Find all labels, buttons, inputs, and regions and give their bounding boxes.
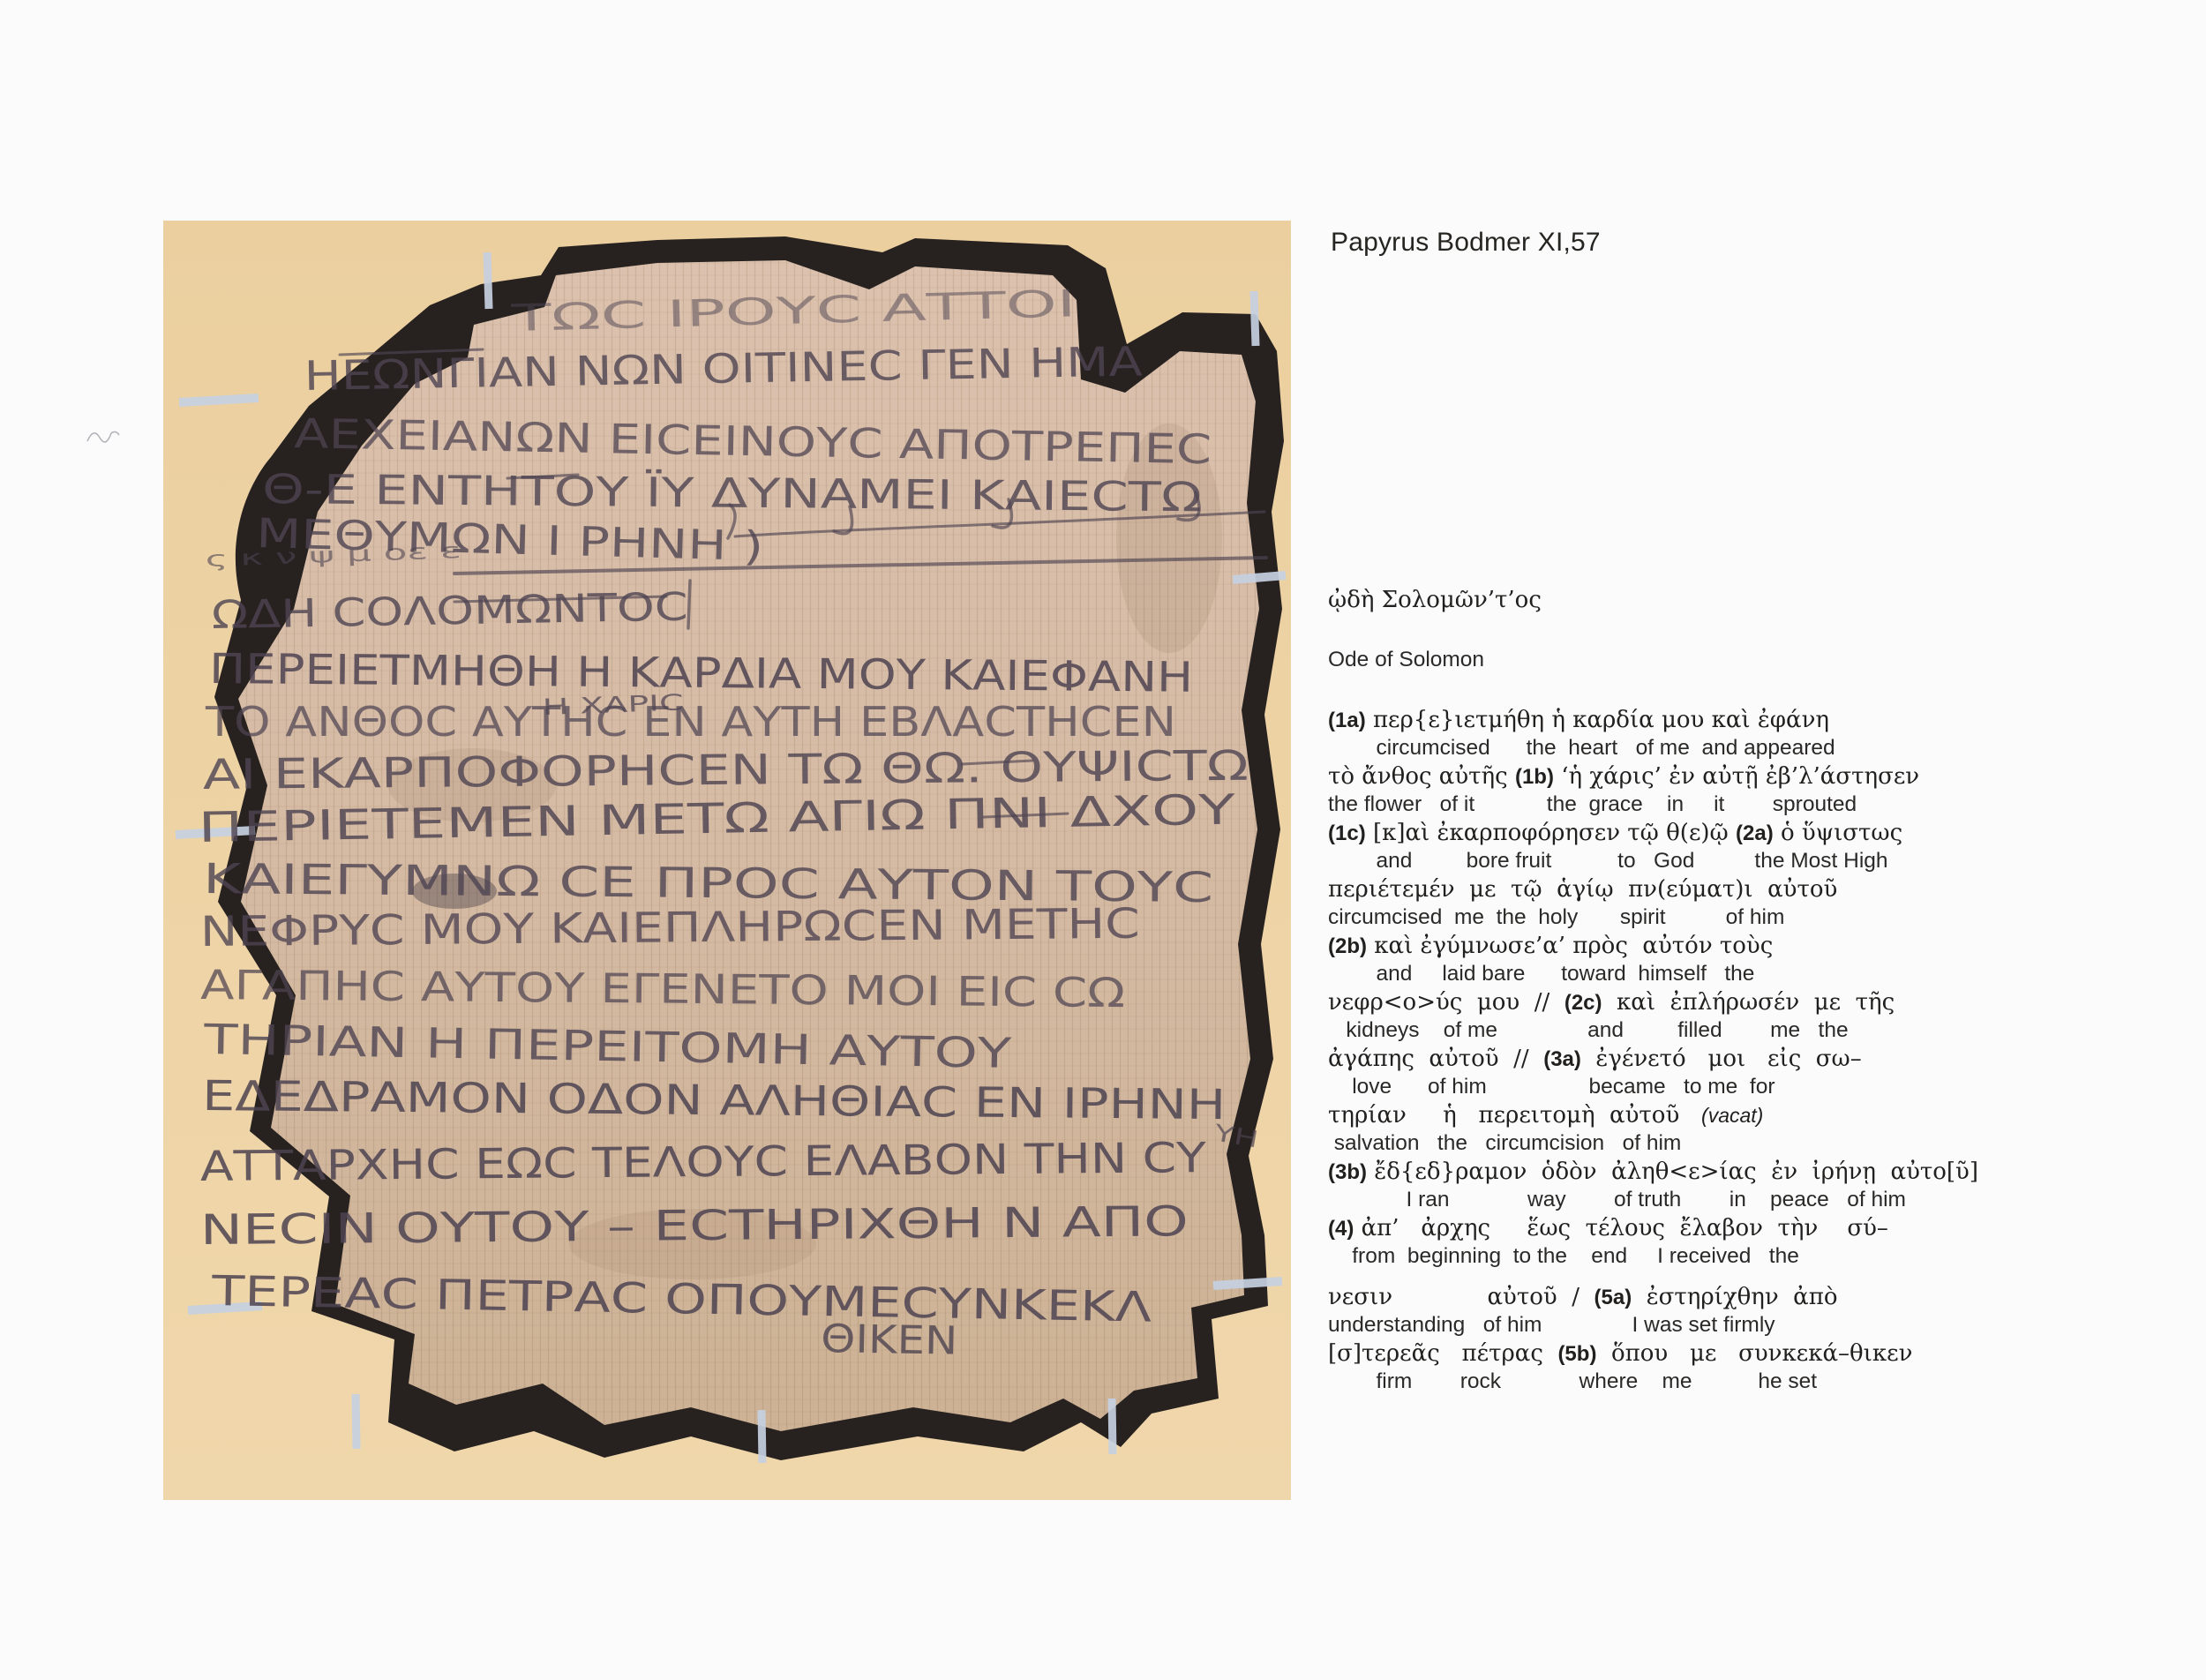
greek-line: [σ]τερεᾶς πέτρας (5b) ὅπου με συνκεκά–θι… bbox=[1328, 1339, 2122, 1368]
gloss-line: circumcised the heart of me and appeared bbox=[1328, 734, 2122, 762]
greek-line: (3b) ἔδ{εδ}ραμον ὁδὸν ἀληθ<ε>ίας ἐν ἰρήν… bbox=[1328, 1158, 2122, 1186]
greek-line: ἀγάπης αὐτοῦ // (3a) ἐγένετό μοι εἰς σω– bbox=[1328, 1045, 2122, 1073]
svg-text:ΝΕCΙΝ ΟΥΤΟΥ – ΕCΤΗΡΙΧΘΗ Ν ΑΠΟ: ΝΕCΙΝ ΟΥΤΟΥ – ΕCΤΗΡΙΧΘΗ Ν ΑΠΟ bbox=[200, 1197, 1189, 1255]
greek-line: (2b) καὶ ἐγύμνωσε’α’ πρὸς αὐτόν τοὺς bbox=[1328, 932, 2122, 960]
ode-heading-greek: ᾠδὴ Σολομῶν’τ’ος bbox=[1328, 586, 2122, 614]
svg-text:ΘΙΚΕΝ: ΘΙΚΕΝ bbox=[821, 1316, 958, 1364]
gloss-line: understanding of him I was set firmly bbox=[1328, 1311, 2122, 1339]
svg-text:ΝΕΦΡΥC ΜΟΥ ΚΑΙΕΠΛΗΡΩCΕΝ ΜΕΤΗC: ΝΕΦΡΥC ΜΟΥ ΚΑΙΕΠΛΗΡΩCΕΝ ΜΕΤΗC bbox=[200, 900, 1140, 956]
greek-line: τὸ ἄνθος αὐτῆς (1b) ‘ἡ χάρις’ ἐν αὐτῇ ἐβ… bbox=[1328, 762, 2122, 791]
gloss-line: and laid bare toward himself the bbox=[1328, 960, 2122, 988]
pencil-mark bbox=[84, 422, 126, 454]
greek-line: περιέτεμέν με τῷ ἁγίῳ πν(εύματ)ι αὐτοῦ bbox=[1328, 875, 2122, 904]
gloss-line: salvation the circumcision of him bbox=[1328, 1129, 2122, 1158]
svg-text:ΤΟ ΑΝΘΟC ΑΥΤΗC ΕΝ ΑΥΤΗ ΕΒΛΑCΤΗ: ΤΟ ΑΝΘΟC ΑΥΤΗC ΕΝ ΑΥΤΗ ΕΒΛΑCΤΗCΕΝ bbox=[205, 698, 1176, 746]
document-page: ΤΩC ΙΡΟΥC ΑΤΤΟΙΗΕΩΝΓΙΑΝ ΝΩΝ ΟΙΤΙΝΕC ΓΕΝ … bbox=[0, 0, 2206, 1680]
transcription-block: ᾠδὴ Σολομῶν’τ’ος Ode of Solomon (1a) περ… bbox=[1328, 554, 2122, 1428]
papyrus-image: ΤΩC ΙΡΟΥC ΑΤΤΟΙΗΕΩΝΓΙΑΝ ΝΩΝ ΟΙΤΙΝΕC ΓΕΝ … bbox=[163, 221, 1291, 1500]
greek-line: νεσιν αὐτοῦ / (5a) ἐστηρίχθην ἀπὸ bbox=[1328, 1283, 2122, 1311]
interlinear-lines: (1a) περ{ε}ιετμήθη ἡ καρδία μου καὶ ἐφάν… bbox=[1328, 706, 2122, 1396]
svg-text:ΩΔΗ CΟΛΟΜΩΝΤΟC: ΩΔΗ CΟΛΟΜΩΝΤΟC bbox=[211, 585, 688, 638]
ode-heading-english: Ode of Solomon bbox=[1328, 646, 2122, 674]
greek-line: νεφρ<ο>ύς μου // (2c) καὶ ἐπλήρωσέν με τ… bbox=[1328, 988, 2122, 1016]
svg-text:ΕΔΕΔΡΑΜΟΝ ΟΔΟΝ ΑΛΗΘΙΑC ΕΝ ΙΡΗΝ: ΕΔΕΔΡΑΜΟΝ ΟΔΟΝ ΑΛΗΘΙΑC ΕΝ ΙΡΗΝΗ bbox=[202, 1072, 1226, 1129]
page-title: Papyrus Bodmer XI,57 bbox=[1331, 228, 1601, 258]
gloss-line: circumcised me the holy spirit of him bbox=[1328, 904, 2122, 932]
svg-text:ΠΕΡΕΙΕΤΜΗΘΗ Η ΚΑΡΔΙΑ ΜΟΥ ΚΑΙΕΦ: ΠΕΡΕΙΕΤΜΗΘΗ Η ΚΑΡΔΙΑ ΜΟΥ ΚΑΙΕΦΑΝΗ bbox=[209, 645, 1193, 702]
greek-line: (1c) [κ]αὶ ἐκαρποφόρησεν τῷ θ(ε)ῷ (2a) ὁ… bbox=[1328, 819, 2122, 847]
gloss-line: I ran way of truth in peace of him bbox=[1328, 1186, 2122, 1214]
gloss-line: kidneys of me and filled me the bbox=[1328, 1016, 2122, 1045]
greek-line: (4) ἀπ’ ἀρχης ἕως τέλους ἔλαβον τὴν σύ– bbox=[1328, 1214, 2122, 1242]
gloss-line: from beginning to the end I received the bbox=[1328, 1242, 2122, 1271]
papyrus-photo: ΤΩC ΙΡΟΥC ΑΤΤΟΙΗΕΩΝΓΙΑΝ ΝΩΝ ΟΙΤΙΝΕC ΓΕΝ … bbox=[163, 221, 1291, 1500]
greek-line: (1a) περ{ε}ιετμήθη ἡ καρδία μου καὶ ἐφάν… bbox=[1328, 706, 2122, 734]
gloss-line: firm rock where me he set bbox=[1328, 1368, 2122, 1396]
gloss-line: love of him became to me for bbox=[1328, 1073, 2122, 1101]
svg-text:ΑΤΤΑΡΧΗC ΕΩC ΤΕΛΟΥC ΕΛΑΒΟΝ ΤΗΝ: ΑΤΤΑΡΧΗC ΕΩC ΤΕΛΟΥC ΕΛΑΒΟΝ ΤΗΝ CΥ bbox=[200, 1134, 1207, 1191]
gloss-line: and bore fruit to God the Most High bbox=[1328, 847, 2122, 875]
svg-text:ΑΓΑΠΗC ΑΥΤΟΥ ΕΓΕΝΕΤΟ ΜΟΙ ΕΙC: ΑΓΑΠΗC ΑΥΤΟΥ ΕΓΕΝΕΤΟ ΜΟΙ ΕΙC CΩ bbox=[200, 961, 1125, 1016]
greek-line: τηρίαν ἡ περειτομὴ αὐτοῦ (vacat) bbox=[1328, 1101, 2122, 1129]
gloss-line: the flower of it the grace in it sproute… bbox=[1328, 791, 2122, 819]
